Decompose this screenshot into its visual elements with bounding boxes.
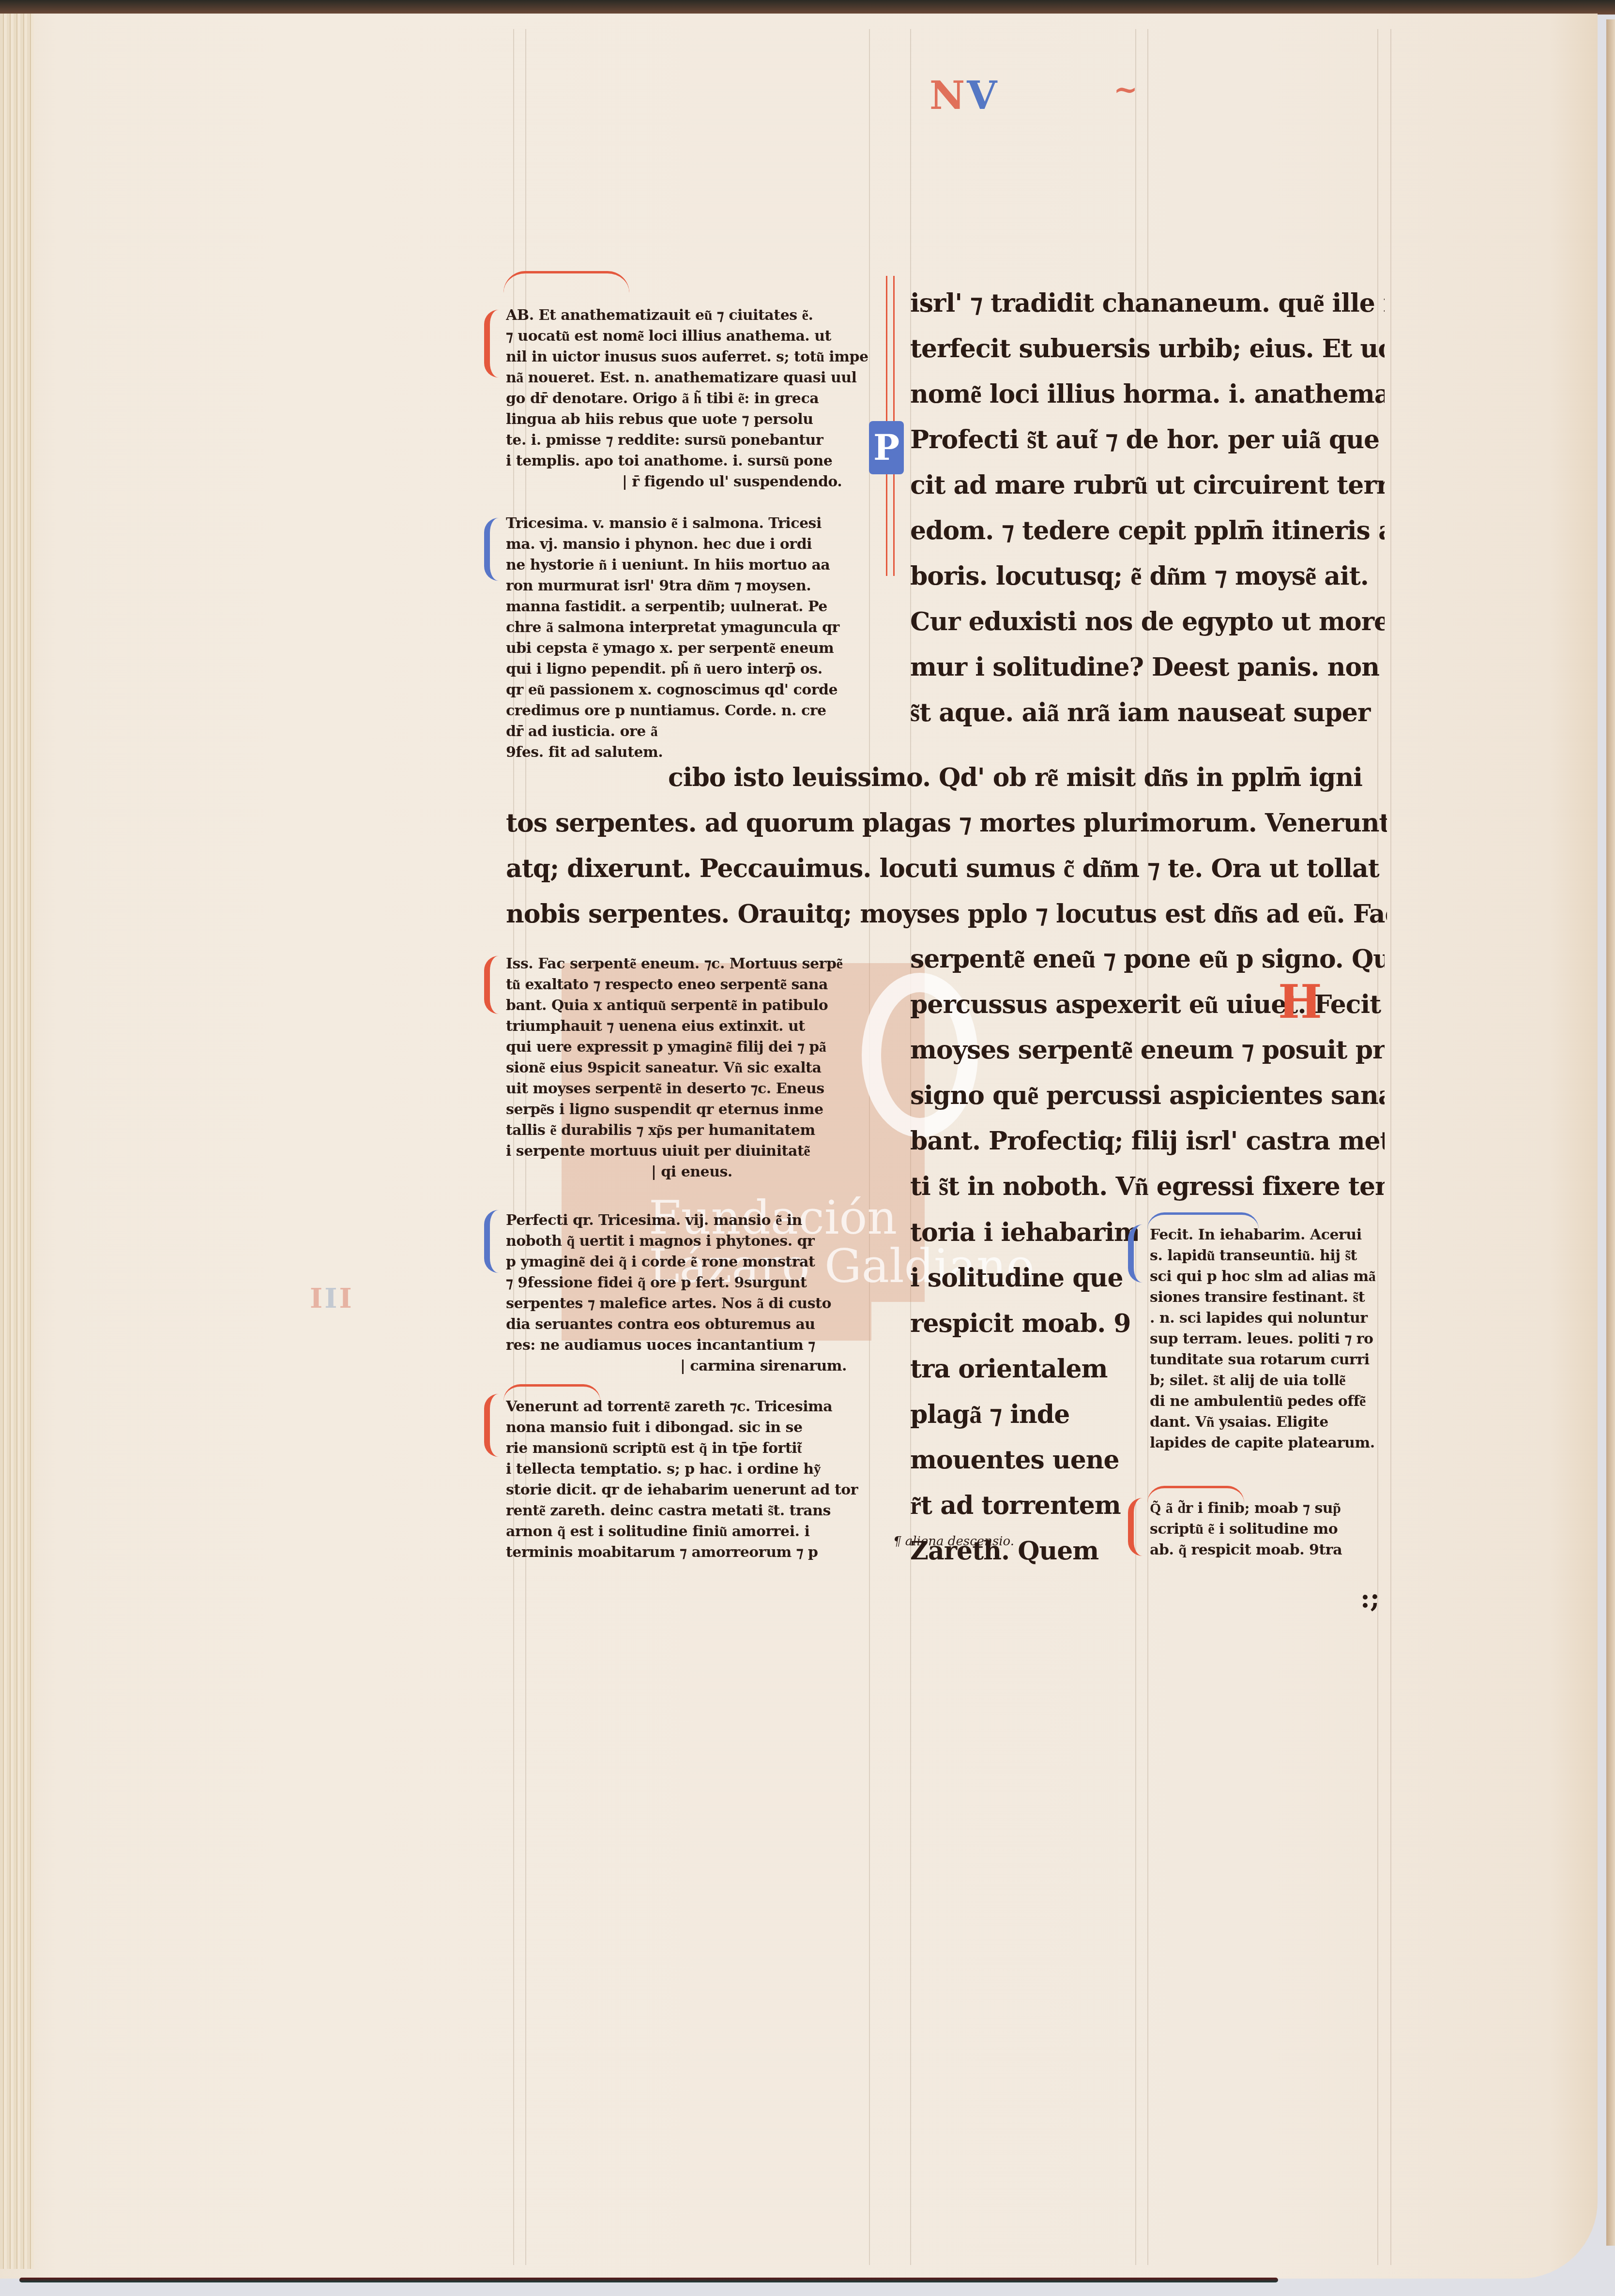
gloss-line: Fecit. In iehabarim. Acerui [1150,1224,1387,1245]
gloss-line: i tellecta temptatio. s; p hac. i ordine… [506,1459,874,1480]
gloss-line: te. i. pmisse ⁊ reddite: sursu͂ ponebant… [506,430,874,451]
main-text-line: toria i iehabarim [910,1210,1138,1255]
gloss-line: | carmina sirenarum. [506,1356,874,1376]
margin-folio-mark: III [310,1283,354,1314]
main-text-narrow: toria i iehabarim i solitudine que respi… [910,1210,1138,1574]
gloss-line: go dr̄ denotare. Origo a͂ h͂ tibi e͂: in… [506,388,874,409]
main-text-line: terfecit subuersis urbib; eius. Et uocau… [910,326,1385,372]
gloss-line: tu͂ exaltato ⁊ respecto eneo serpente͂ s… [506,974,874,995]
left-gloss-block-5: Venerunt ad torrente͂ zareth ⁊c. Tricesi… [506,1396,874,1563]
gloss-line: noboth q͂ uertit i magnos i phytones. qr [506,1231,874,1252]
gloss-line: Iss. Fac serpente͂ eneum. ⁊c. Mortuus se… [506,953,874,974]
main-text-line: Profecti s͂t aut͂ ⁊ de hor. per uia͂ que… [910,417,1385,463]
main-text-line: cit ad mare rubru͂ ut circuirent terram [910,463,1385,508]
gloss-line: nil in uictor inusus suos auferret. s; t… [506,347,874,367]
gloss-line: tallis e͂ durabilis ⁊ xp͂s per humanitat… [506,1120,874,1141]
main-text-wide: cibo isto leuissimo. Qd' ob re͂ misit dn… [506,755,1387,937]
main-text-line: atq; dixerunt. Peccauimus. locuti sumus … [506,846,1387,891]
gloss-line: lapides de capite platearum. [1150,1433,1387,1453]
left-gloss-block-4: Perfecti qr. Tricesima. vij. mansio e͂ i… [506,1210,874,1376]
main-text-line: nobis serpentes. Orauitq; moyses pplo ⁊ … [506,891,1387,937]
gloss-line: serpentes ⁊ malefice artes. Nos a͂ di cu… [506,1293,874,1314]
gloss-line: sione͂ eius 9spicit saneatur. Vn͂ sic ex… [506,1057,874,1078]
gloss-line: . n. sci lapides qui noluntur [1150,1308,1387,1329]
gloss-line: i serpente mortuus uiuit per diuinitate͂ [506,1141,874,1162]
gloss-line: dr̄ ad iusticia. ore a͂ [506,721,874,742]
gloss-line: ab. q͂ respicit moab. 9tra [1150,1540,1387,1560]
gloss-line: ⁊ 9fessione fidei q͂ ore p fert. 9surgun… [506,1272,874,1293]
interlinear-note: ¶ aliena descensio. [893,1534,1014,1549]
gloss-line: ubi cepsta e͂ ymago x. per serpente͂ ene… [506,638,874,659]
main-text-line: signo que͂ percussi aspicientes sana [910,1073,1385,1118]
gloss-line: triumphauit ⁊ uenena eius extinxit. ut [506,1016,874,1037]
main-text-line: tra orientalem [910,1346,1138,1392]
main-text-line: respicit moab. 9 [910,1301,1138,1346]
page-fore-edge [1606,19,1615,2246]
gloss-line: na͂ noueret. Est. n. anathematizare quas… [506,367,874,388]
left-gloss-block-3: Iss. Fac serpente͂ eneum. ⁊c. Mortuus se… [506,953,874,1182]
gloss-line: qui uere expressit p ymagine͂ filij dei … [506,1037,874,1057]
main-text-line: bant. Profectiq; filij isrl' castra meta [910,1118,1385,1164]
main-text-line: plaga͂ ⁊ inde [910,1392,1138,1437]
gloss-line: tunditate sua rotarum curri [1150,1349,1387,1370]
main-text-line: nome͂ loci illius horma. i. anathema. [910,372,1385,417]
gloss-line: qui i ligno pependit. ph͂ n͂ uero interp… [506,659,874,680]
main-text-line: i solitudine que [910,1255,1138,1301]
main-text-upper: isrl' ⁊ tradidit chananeum. que͂ ille i … [910,281,1385,736]
main-text-line: isrl' ⁊ tradidit chananeum. que͂ ille i [910,281,1385,326]
gloss-line: scriptu͂ e͂ i solitudine mo [1150,1519,1387,1540]
main-text-line: boris. locutusq; e͂ dn͂m ⁊ moyse͂ ait. [910,554,1385,599]
gloss-line: serpe͂s i ligno suspendit qr eternus inm… [506,1099,874,1120]
gloss-line: terminis moabitarum ⁊ amorreorum ⁊ p [506,1542,874,1563]
gloss-line: Venerunt ad torrente͂ zareth ⁊c. Tricesi… [506,1396,874,1417]
gloss-line: rente͂ zareth. deinc castra metati s͂t. … [506,1500,874,1521]
gloss-line: s. lapidu͂ transeuntiu͂. hij s͂t [1150,1245,1387,1266]
main-text-line: ti s͂t in noboth. Vn͂ egressi fixere ten [910,1164,1385,1209]
gloss-line: ⁊ uocatu͂ est nome͂ loci illius anathema… [506,326,874,347]
main-text-line: edom. ⁊ tedere cepit pplm̄ itineris ac l… [910,508,1385,554]
gloss-line: b; silet. s͂t alij de uia tolle͂ [1150,1370,1387,1391]
rubric-mark: ~ [1113,73,1140,106]
gloss-line: res: ne audiamus uoces incantantium ⁊ [506,1335,874,1356]
left-gloss-block-1: AB. Et anathematizauit eu͂ ⁊ ciuitates e… [506,305,874,492]
main-text-line: tos serpentes. ad quorum plagas ⁊ mortes… [506,801,1387,846]
initial-red-h-main: H [1278,978,1307,1026]
gloss-line: Q͂ a͂ d͂r i finib; moab ⁊ sup͂ [1150,1498,1387,1519]
right-gloss-block-1: Fecit. In iehabarim. Acerui s. lapidu͂ t… [1150,1224,1387,1453]
gloss-line: sup terram. leues. politi ⁊ ro [1150,1329,1387,1349]
gloss-line: di ne ambulentiu͂ pedes offe͂ [1150,1391,1387,1412]
main-text-line: Cur eduxisti nos de egypto ut morere [910,599,1385,645]
gloss-line: | r̄ figendo ul' suspendendo. [506,471,874,492]
initial-blue-p-main: P [869,421,904,474]
gloss-line: dia seruantes contra eos obturemus au [506,1314,874,1335]
gloss-line: chre a͂ salmona interpretat ymaguncula q… [506,617,874,638]
gloss-line: dant. Vn͂ ysaias. Eligite [1150,1412,1387,1433]
gloss-line: storie dicit. qr de iehabarim uenerunt a… [506,1480,874,1500]
initial-flourish [503,271,629,293]
main-text-line: s͂t aque. aia͂ nra͂ iam nauseat super [910,690,1385,736]
gloss-line: manna fastidit. a serpentib; uulnerat. P… [506,596,874,617]
running-head: NV ~ [929,73,999,118]
ruling-line-vertical [1390,29,1391,2265]
gloss-line: arnon q͂ est i solitudine finiu͂ amorrei… [506,1521,874,1542]
running-head-letter-v: V [967,73,999,118]
end-punctuation-mark: :; [1360,1583,1380,1614]
right-gloss-block-2: Q͂ a͂ d͂r i finib; moab ⁊ sup͂ scriptu͂ … [1150,1498,1387,1560]
gloss-line: uit moyses serpente͂ in deserto ⁊c. Eneu… [506,1078,874,1099]
gloss-line: bant. Quia x antiquu͂ serpente͂ in patib… [506,995,874,1016]
gloss-line: p ymagine͂ dei q͂ i corde e͂ rone monstr… [506,1252,874,1272]
main-text-line: moyses serpente͂ eneum ⁊ posuit pro [910,1027,1385,1073]
gloss-line: ma. vj. mansio i phynon. hec due i ordi [506,534,874,555]
gloss-line: sci qui p hoc slm ad alias ma͂ [1150,1266,1387,1287]
gloss-line: credimus ore p nuntiamus. Corde. n. cre [506,700,874,721]
gloss-line: AB. Et anathematizauit eu͂ ⁊ ciuitates e… [506,305,874,326]
gloss-line: Perfecti qr. Tricesima. vij. mansio e͂ i… [506,1210,874,1231]
main-text-line: mur i solitudine? Deest panis. non [910,645,1385,690]
main-text-line: cibo isto leuissimo. Qd' ob re͂ misit dn… [506,755,1387,801]
gloss-line: rie mansionu͂ scriptu͂ est q͂ in tp̄e fo… [506,1438,874,1459]
left-gloss-block-2: Tricesima. v. mansio e͂ i salmona. Trice… [506,513,874,763]
gloss-line: | qi eneus. [506,1162,874,1182]
book-cover-top-edge [0,0,1615,15]
gloss-line: siones transire festinant. s͂t [1150,1287,1387,1308]
main-text-line: mouentes uene [910,1437,1138,1483]
gloss-line: Tricesima. v. mansio e͂ i salmona. Trice… [506,513,874,534]
gloss-line: ron murmurat isrl' 9tra dn͂m ⁊ moysen. [506,575,874,596]
main-text-line: r͂t ad torrentem [910,1483,1138,1528]
gloss-line: i templis. apo toi anathome. i. sursu͂ p… [506,451,874,471]
gloss-line: lingua ab hiis rebus que uote ⁊ persolu [506,409,874,430]
gloss-line: nona mansio fuit i dibongad. sic in se [506,1417,874,1438]
running-head-letter-n: N [929,73,967,118]
page-stack-edges [0,14,34,2269]
gloss-line: qr eu͂ passionem x. cognoscimus qd' cord… [506,680,874,700]
page-bottom-shadow [19,2278,1278,2282]
gloss-line: ne hystorie n͂ i ueniunt. In hiis mortuo… [506,555,874,575]
